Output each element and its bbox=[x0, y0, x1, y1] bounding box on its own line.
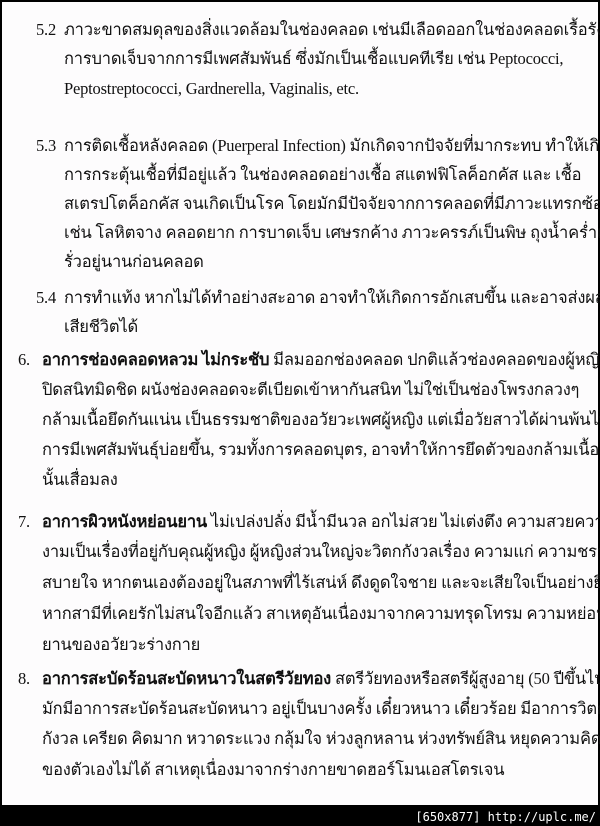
section-5-3-line-2: การกระตุ้นเชื้อที่มีอยู่แล้ว ในช่องคลอดอ… bbox=[64, 165, 581, 185]
section-8-line-2: มักมีอาการสะบัดร้อนสะบัดหนาว อยู่เป็นบาง… bbox=[42, 699, 600, 719]
document-page: 5.2ภาวะขาดสมดุลของสิ่งแวดล้อมในช่องคลอด … bbox=[2, 2, 598, 805]
section-8-line-4: ของตัวเองไม่ได้ สาเหตุเนื่องมาจากร่างกาย… bbox=[42, 760, 504, 780]
section-6-line-3: กล้ามเนื้อยึดกันแน่น เป็นธรรมชาติของอวัย… bbox=[42, 410, 600, 430]
section-5-3-line-5: รั่วอยู่นานก่อนคลอด bbox=[64, 252, 204, 272]
section-6-line-1: 6.อาการช่องคลอดหลวม ไม่กระชับ มีลมออกช่อ… bbox=[18, 350, 600, 370]
section-8-heading: อาการสะบัดร้อนสะบัดหนาวในสตรีวัยทอง bbox=[42, 669, 331, 688]
section-6-line-4: การมีเพศสัมพันธุ์บ่อยขึ้น, รวมทั้งการคลอ… bbox=[42, 440, 600, 460]
section-7-line-3: สบายใจ หากตนเองต้องอยู่ในสภาพที่ไร้เสน่ห… bbox=[42, 573, 600, 593]
watermark: [650x877] http://uplc.me/ bbox=[415, 810, 596, 824]
section-5-2-line-1: 5.2ภาวะขาดสมดุลของสิ่งแวดล้อมในช่องคลอด … bbox=[36, 20, 600, 40]
section-5-2-line-3: Peptostreptococci, Gardnerella, Vaginali… bbox=[64, 79, 359, 99]
section-5-3-line-4: เช่น โลหิตจาง คลอดยาก การบาดเจ็บ เศษรกค้… bbox=[64, 223, 600, 243]
section-7-heading: อาการผิวหนังหย่อนยาน bbox=[42, 512, 207, 531]
section-5-3-line-1: 5.3การติดเชื้อหลังคลอด (Puerperal Infect… bbox=[36, 136, 600, 156]
section-5-4-line-2: เสียชีวิตได้ bbox=[64, 317, 138, 337]
section-5-4-line-1: 5.4การทำแท้ง หากไม่ได้ทำอย่างสะอาด อาจทำ… bbox=[36, 288, 600, 308]
section-6-line-5: นั้นเสื่อมลง bbox=[42, 470, 118, 490]
section-8-line-1: 8.อาการสะบัดร้อนสะบัดหนาวในสตรีวัยทอง สต… bbox=[18, 669, 600, 689]
section-8-line-3: กังวล เครียด คิดมาก หวาดระแวง กลุ้มใจ ห่… bbox=[42, 729, 600, 749]
section-6-heading: อาการช่องคลอดหลวม ไม่กระชับ bbox=[42, 350, 269, 369]
section-5-3-line-3: สเตรปโตค็อกคัส จนเกิดเป็นโรค โดยมักมีปัจ… bbox=[64, 194, 600, 214]
section-5-2-line-2: การบาดเจ็บจากการมีเพศสัมพันธ์ ซึ่งมักเป็… bbox=[64, 49, 563, 69]
section-6-line-2: ปิดสนิทมิดชิด ผนังช่องคลอดจะตีเบียดเข้าห… bbox=[42, 380, 579, 400]
section-7-line-5: ยานของอวัยวะร่างกาย bbox=[42, 635, 200, 655]
section-7-line-1: 7.อาการผิวหนังหย่อนยาน ไม่เปล่งปลั่ง มีน… bbox=[18, 512, 600, 532]
section-7-line-2: งามเป็นเรื่องที่อยู่กับคุณผู้หญิง ผู้หญิ… bbox=[42, 542, 600, 562]
section-7-line-4: หากสามีที่เคยรักไม่สนใจอีกแล้ว สาเหตุอัน… bbox=[42, 604, 600, 624]
